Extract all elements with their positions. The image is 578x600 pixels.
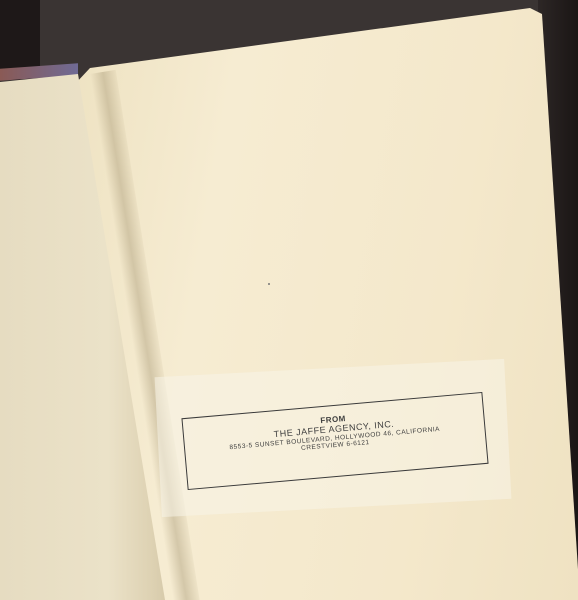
paper-speck <box>268 283 270 285</box>
